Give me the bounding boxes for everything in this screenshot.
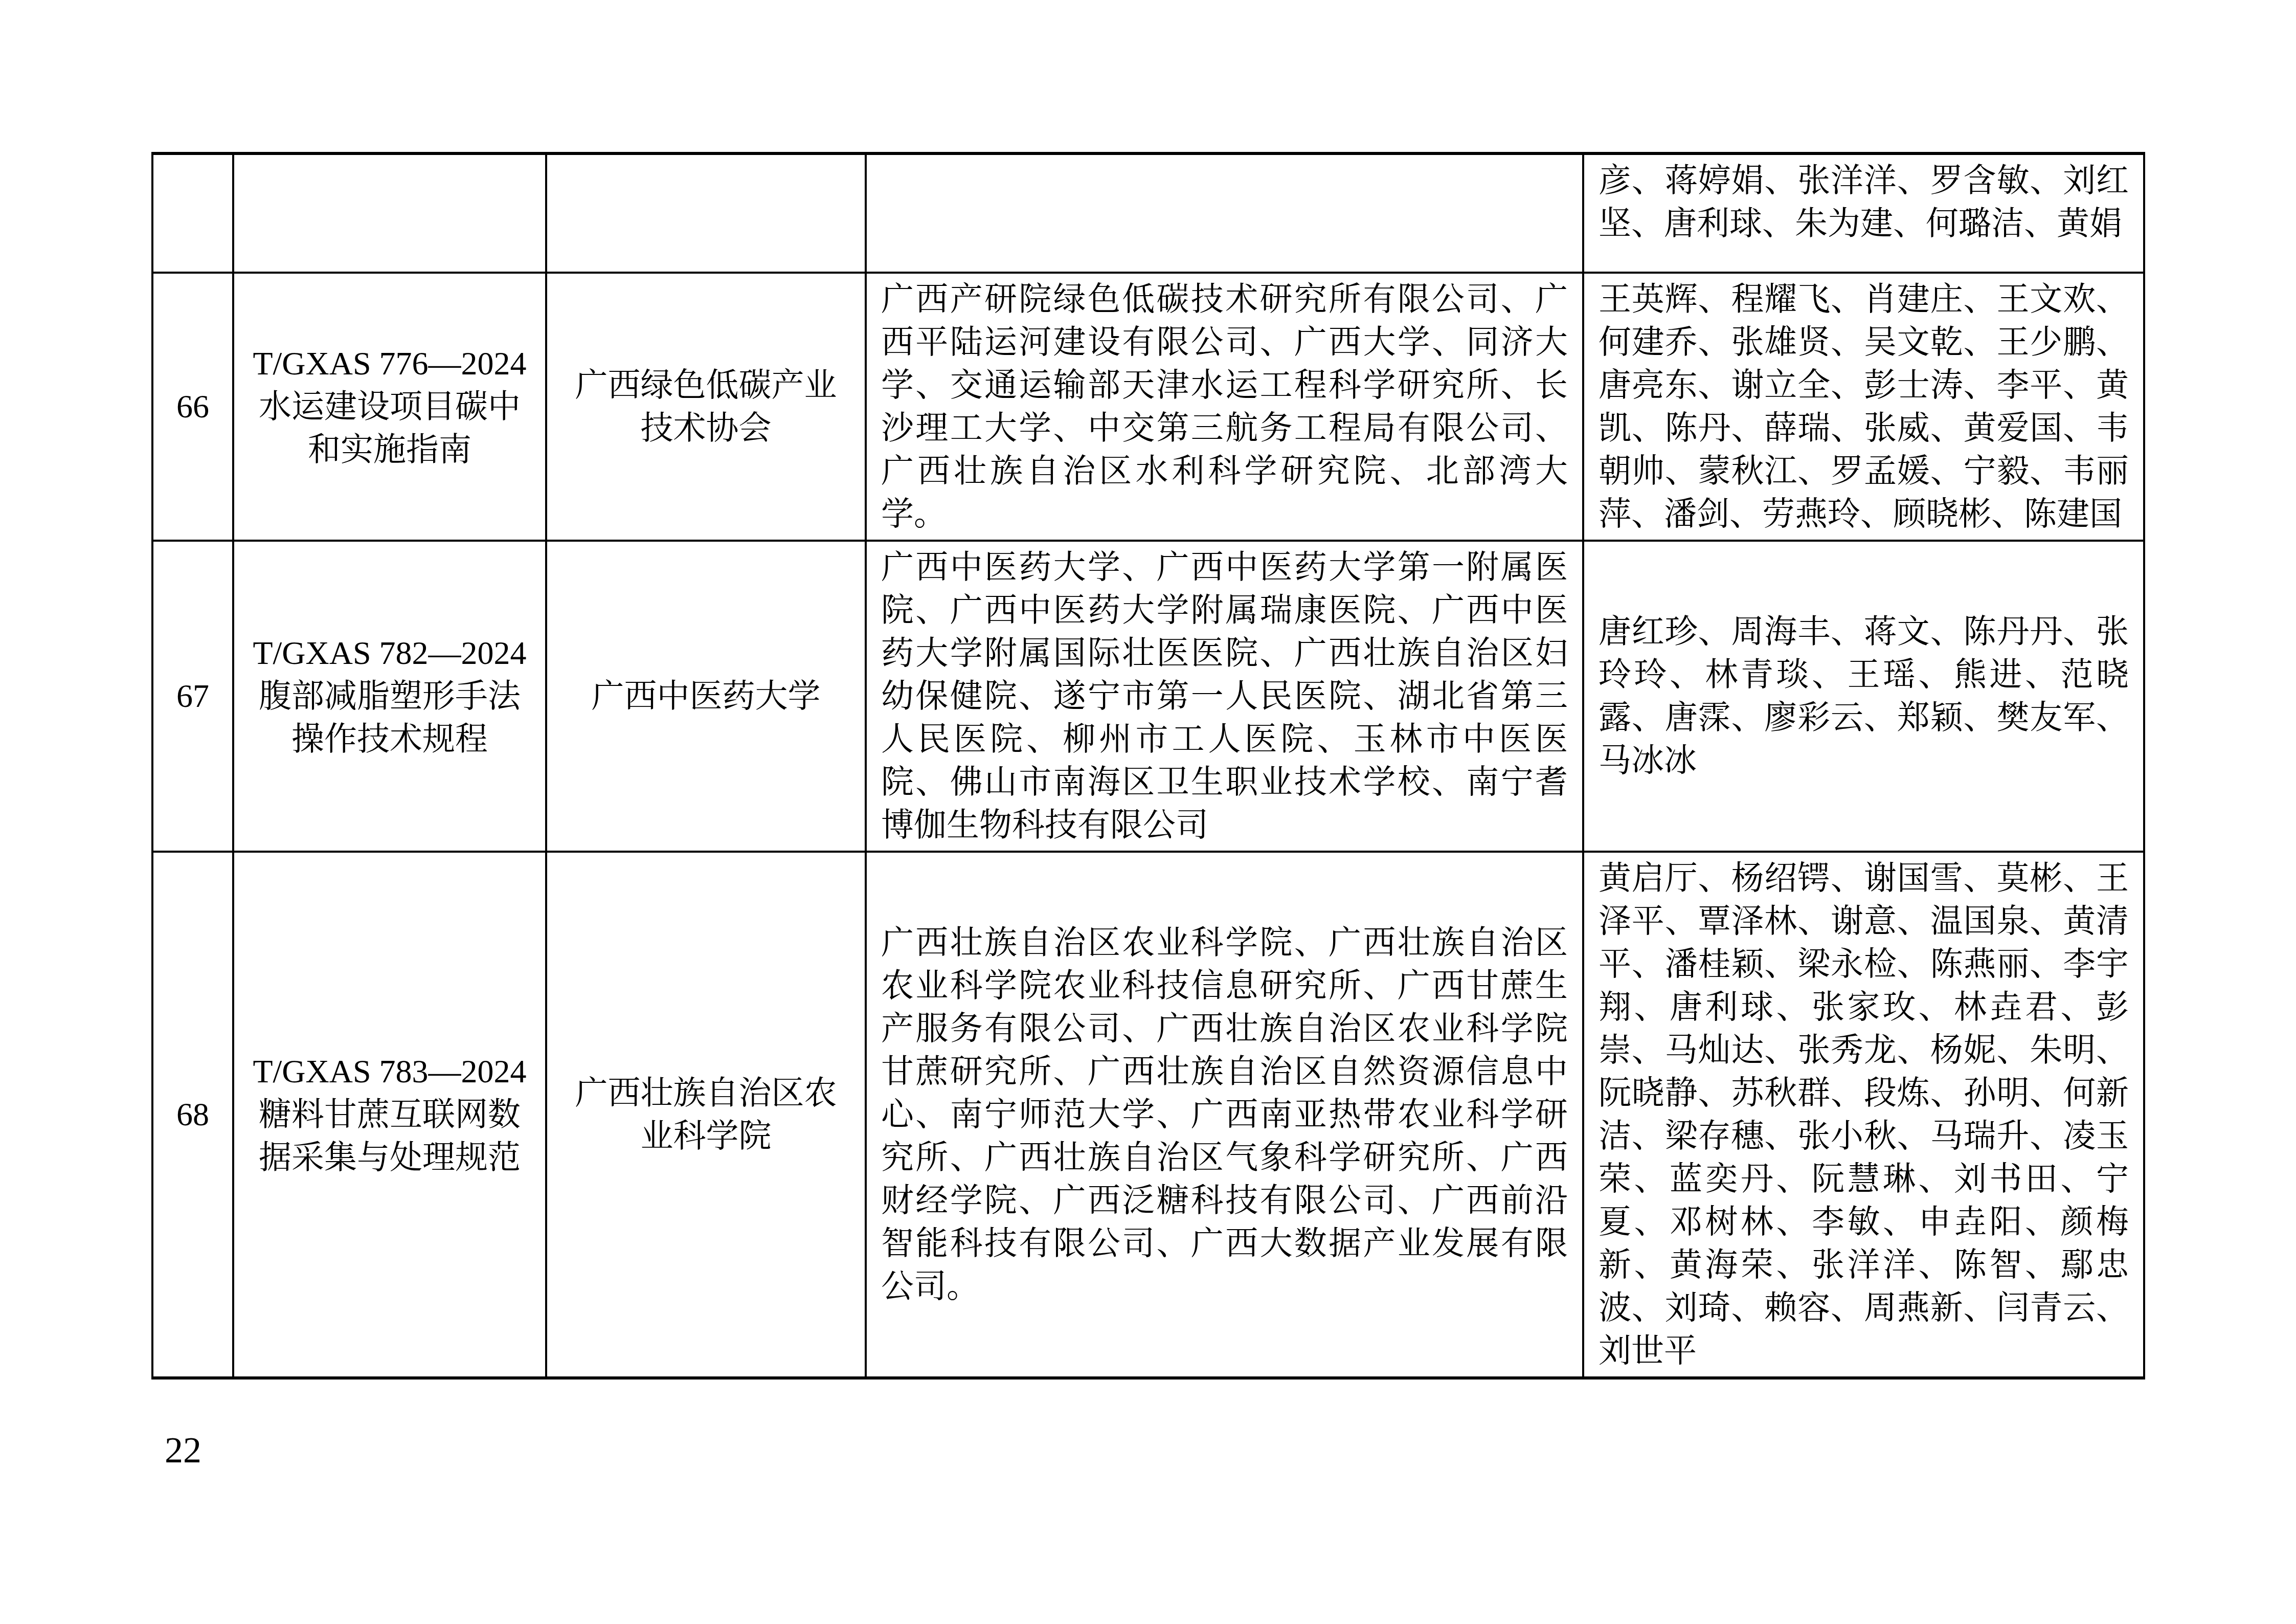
standard-name: 糖料甘蔗互联网数据采集与处理规范	[259, 1096, 521, 1175]
standard-cell: T/GXAS 782—2024 腹部减脂塑形手法操作技术规程	[233, 541, 546, 852]
standards-table: 彦、蒋婷娟、张洋洋、罗含敏、刘红坚、唐利球、朱为建、何璐洁、黄娟 66 T/GX…	[151, 152, 2145, 1380]
standard-cell	[233, 153, 546, 273]
table-row: 67 T/GXAS 782—2024 腹部减脂塑形手法操作技术规程 广西中医药大…	[152, 541, 2144, 852]
seq-cell: 67	[152, 541, 233, 852]
seq-cell: 66	[152, 273, 233, 541]
standard-name: 水运建设项目碳中和实施指南	[259, 388, 521, 468]
drafters-cell: 王英辉、程耀飞、肖建庄、王文欢、何建乔、张雄贤、吴文乾、王少鹏、唐亮东、谢立全、…	[1583, 273, 2144, 541]
standard-code: T/GXAS 783—2024	[253, 1053, 526, 1089]
drafting-units-cell: 广西壮族自治区农业科学院、广西壮族自治区农业科学院农业科技信息研究所、广西甘蔗生…	[866, 852, 1583, 1378]
table-row: 68 T/GXAS 783—2024 糖料甘蔗互联网数据采集与处理规范 广西壮族…	[152, 852, 2144, 1378]
organization-cell: 广西中医药大学	[546, 541, 866, 852]
seq-cell: 68	[152, 852, 233, 1378]
drafters-cell: 黄启厅、杨绍锷、谢国雪、莫彬、王泽平、覃泽林、谢意、温国泉、黄清平、潘桂颖、梁永…	[1583, 852, 2144, 1378]
standard-cell: T/GXAS 776—2024 水运建设项目碳中和实施指南	[233, 273, 546, 541]
organization-cell: 广西壮族自治区农业科学院	[546, 852, 866, 1378]
page-number: 22	[165, 1427, 201, 1473]
drafting-units-cell: 广西中医药大学、广西中医药大学第一附属医院、广西中医药大学附属瑞康医院、广西中医…	[866, 541, 1583, 852]
drafters-cell: 唐红珍、周海丰、蒋文、陈丹丹、张玲玲、林青琰、王瑶、熊进、范晓露、唐霂、廖彩云、…	[1583, 541, 2144, 852]
organization-cell: 广西绿色低碳产业技术协会	[546, 273, 866, 541]
standard-cell: T/GXAS 783—2024 糖料甘蔗互联网数据采集与处理规范	[233, 852, 546, 1378]
table-row: 66 T/GXAS 776—2024 水运建设项目碳中和实施指南 广西绿色低碳产…	[152, 273, 2144, 541]
document-page: 彦、蒋婷娟、张洋洋、罗含敏、刘红坚、唐利球、朱为建、何璐洁、黄娟 66 T/GX…	[0, 0, 2296, 1624]
standard-code: T/GXAS 776—2024	[253, 345, 526, 382]
seq-cell	[152, 153, 233, 273]
standard-name: 腹部减脂塑形手法操作技术规程	[259, 678, 521, 757]
table-row-continuation: 彦、蒋婷娟、张洋洋、罗含敏、刘红坚、唐利球、朱为建、何璐洁、黄娟	[152, 153, 2144, 273]
organization-cell	[546, 153, 866, 273]
drafting-units-cell	[866, 153, 1583, 273]
drafters-cell: 彦、蒋婷娟、张洋洋、罗含敏、刘红坚、唐利球、朱为建、何璐洁、黄娟	[1583, 153, 2144, 273]
standard-code: T/GXAS 782—2024	[253, 635, 526, 671]
drafting-units-cell: 广西产研院绿色低碳技术研究所有限公司、广西平陆运河建设有限公司、广西大学、同济大…	[866, 273, 1583, 541]
